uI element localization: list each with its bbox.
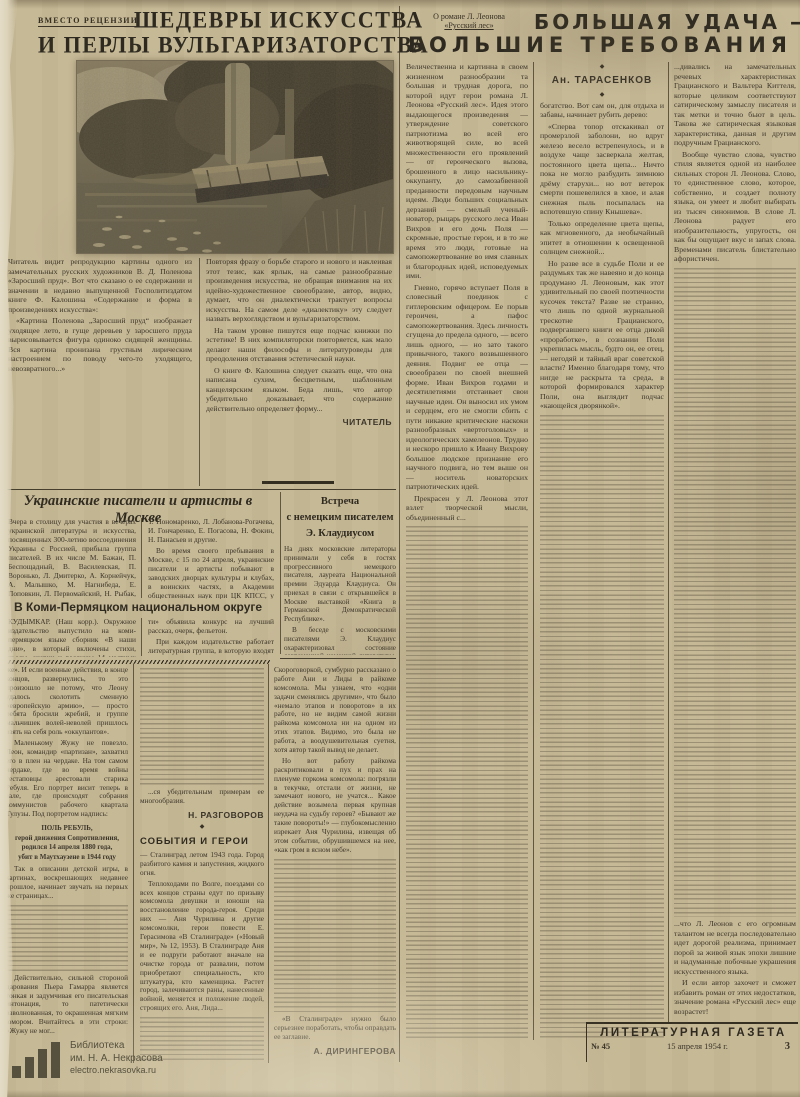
paragraph: Величественна и картинна в своем жизненн… xyxy=(406,62,528,281)
left-article-title-line2: И ПЕРЛЫ ВУЛЬГАРИЗАТОРСТВА xyxy=(38,33,429,58)
meeting-article-body: На днях московские литераторы принимали … xyxy=(284,545,396,655)
diringerova-byline: А. ДИРИНГЕРОВА xyxy=(274,1046,396,1056)
right-article-kicker: О романе Л. Леонова «Русский лес» xyxy=(408,12,530,30)
column-rule xyxy=(141,618,142,656)
column-rule xyxy=(268,664,269,1063)
razgovorov-article-tail: ...ся убедительным примерам ее многообра… xyxy=(140,788,264,806)
paragraph: — Сталинград летом 1943 года. Город разб… xyxy=(140,851,264,878)
illegible-body-text xyxy=(6,905,128,972)
paragraph: Вчера в столицу для участия в вечерах ук… xyxy=(8,517,136,599)
ukrainian-column-2: Т. Пономаренко, Л. Лобанова-Рогачева, И.… xyxy=(148,517,274,599)
library-watermark: Библиотека им. Н. А. Некрасова electro.n… xyxy=(12,1040,163,1078)
paragraph: герой движения Сопротивления, xyxy=(6,834,128,843)
watermark-url: electro.nekrasovka.ru xyxy=(70,1065,163,1076)
review-column-2: богатство. Вот сам он, для отдыха и заба… xyxy=(540,101,664,413)
paragraph: Гневно, горячо вступает Поля в словесный… xyxy=(406,283,528,492)
horizontal-rule xyxy=(0,489,396,490)
paragraph: Повторяя фразу о борьбе старого и нового… xyxy=(206,257,392,324)
left-article-title-line1: ШЕДЕВРЫ ИСКУССТВА xyxy=(134,8,424,33)
right-article-title-line2: БОЛЬШИЕ ТРЕБОВАНИЯ xyxy=(402,33,798,57)
newspaper-page: ВМЕСТО РЕЦЕНЗИИ ШЕДЕВРЫ ИСКУССТВА И ПЕРЛ… xyxy=(0,0,800,1097)
column-rule xyxy=(280,492,281,654)
review-column-3: ...дивались на замечательных речевых хар… xyxy=(674,62,796,266)
column-rule xyxy=(533,62,534,1040)
paragraph: ПОЛЬ РЕБУЛЬ, xyxy=(6,824,128,833)
diamond-ornament-icon: ◆ xyxy=(540,92,664,99)
page-footer-box: ЛИТЕРАТУРНАЯ ГАЗЕТА № 45 15 апреля 1954 … xyxy=(586,1022,798,1062)
left-article-kicker: ВМЕСТО РЕЦЕНЗИИ xyxy=(38,16,138,27)
events-article-ending: «В Сталинграде» нужно было серьезнее пор… xyxy=(274,1015,396,1042)
paragraph: «Сперва топор отскакивал от промерзлой з… xyxy=(540,122,664,217)
paragraph: убит в Маутхаузене в 1944 году xyxy=(6,853,128,862)
paragraph: Но вот работу райкома раскритиковали в п… xyxy=(274,757,396,855)
column-rule xyxy=(141,518,142,598)
ukrainian-column-1: Вчера в столицу для участия в вечерах ук… xyxy=(8,517,136,599)
events-article-title: СОБЫТИЯ И ГЕРОИ xyxy=(140,836,264,848)
razgovorov-byline: Н. РАЗГОВОРОВ xyxy=(140,810,264,820)
paragraph: ...что Л. Леонов с его огромным талантом… xyxy=(674,919,796,976)
illegible-body-text xyxy=(674,268,796,918)
gamarra-paragraph: же». И если военные действия, в конце ко… xyxy=(6,666,128,737)
painting-image xyxy=(77,61,393,253)
right-article-title-line1: БОЛЬШАЯ УДАЧА — xyxy=(534,10,798,34)
column-rule xyxy=(199,258,200,486)
paragraph: Во время своего пребывания в Москве, с 1… xyxy=(148,546,274,599)
left-article-column-2: Повторяя фразу о борьбе старого и нового… xyxy=(206,257,392,415)
komi-column-2: ти» объявила конкурс на лучший рассказ, … xyxy=(148,617,274,657)
illegible-body-text xyxy=(540,415,664,1038)
paragraph: Т. Пономаренко, Л. Лобанова-Рогачева, И.… xyxy=(148,517,274,544)
komi-section-title: В Коми-Пермяцком национальном округе xyxy=(0,600,276,614)
diamond-ornament-icon: ◆ xyxy=(140,824,264,831)
meeting-article-title: Встреча с немецким писателем Э. Клаудиус… xyxy=(284,494,396,541)
paragraph: Вообще чувство слова, чувство стиля явля… xyxy=(674,150,796,264)
paragraph: В беседе с московскими писателями Э. Кла… xyxy=(284,626,396,655)
left-article-signature: ЧИТАТЕЛЬ xyxy=(206,417,392,427)
left-article-column-1: Читатель видит репродукцию картины одног… xyxy=(8,257,192,487)
tarasenkov-byline: Ан. ТАРАСЕНКОВ xyxy=(540,75,664,87)
paragraph: Читатель видит репродукцию картины одног… xyxy=(8,257,192,314)
meeting-title-line1: Встреча xyxy=(284,494,396,510)
page-number: 3 xyxy=(785,1041,796,1052)
illegible-body-text xyxy=(406,526,528,1038)
column-rule xyxy=(668,62,669,1022)
paragraph: Теплоходами по Волге, поездами со всех к… xyxy=(140,880,264,1013)
events-column-1: — Сталинград летом 1943 года. Город разб… xyxy=(140,851,264,1015)
paragraph: богатство. Вот сам он, для отдыха и заба… xyxy=(540,101,664,120)
library-logo-icon xyxy=(12,1042,60,1078)
issue-number: № 45 xyxy=(591,1041,610,1051)
events-column-2: Скороговоркой, сумбурно рассказано о раб… xyxy=(274,666,396,857)
paragraph: ...дивались на замечательных речевых хар… xyxy=(674,62,796,148)
paragraph: При каждом издательстве работает литерат… xyxy=(148,637,274,657)
paragraph: КУДЫМКАР. (Наш корр.). Окружное издатель… xyxy=(8,617,136,657)
paragraph: На таком уровне пишутся еще подчас книжк… xyxy=(206,326,392,364)
section-divider-bar xyxy=(262,481,334,484)
wavy-divider xyxy=(2,660,270,664)
paragraph: И если автор захочет и сможет избавить р… xyxy=(674,978,796,1016)
gamarra-paragraph: Так в описании детской игры, в картинах,… xyxy=(6,865,128,901)
paragraph: Прекрасен у Л. Леонова этот взлет творче… xyxy=(406,494,528,523)
paragraph: На днях московские литераторы принимали … xyxy=(284,545,396,624)
illegible-body-text xyxy=(140,668,264,786)
komi-column-1: КУДЫМКАР. (Наш корр.). Окружное издатель… xyxy=(8,617,136,657)
kicker-line1: О романе Л. Леонова xyxy=(408,12,530,21)
paragraph: «Картина Поленова „Заросший пруд“ изобра… xyxy=(8,316,192,373)
column-rule xyxy=(133,664,134,1063)
review-column-3-ending: ...что Л. Леонов с его огромным талантом… xyxy=(674,919,796,1018)
rebul-memorial-inscription: ПОЛЬ РЕБУЛЬ,герой движения Сопротивления… xyxy=(6,824,128,862)
watermark-line2: им. Н. А. Некрасова xyxy=(70,1053,163,1066)
review-column-1: Величественна и картинна в своем жизненн… xyxy=(406,62,528,524)
meeting-title-line3: Э. Клаудиусом xyxy=(284,526,396,542)
library-watermark-text: Библиотека им. Н. А. Некрасова electro.n… xyxy=(70,1040,163,1078)
paragraph: О книге Ф. Калошина следует сказать еще,… xyxy=(206,366,392,414)
illegible-body-text xyxy=(274,859,396,1013)
issue-date: 15 апреля 1954 г. xyxy=(667,1041,728,1051)
polenov-painting-reproduction xyxy=(76,60,394,254)
watermark-line1: Библиотека xyxy=(70,1040,163,1053)
diamond-ornament-icon: ◆ xyxy=(540,64,664,71)
paragraph: Скороговоркой, сумбурно рассказано о раб… xyxy=(274,666,396,755)
paragraph: Только определение цвета щепы, как мгнов… xyxy=(540,219,664,257)
newspaper-masthead: ЛИТЕРАТУРНАЯ ГАЗЕТА xyxy=(591,1027,796,1039)
center-page-rule xyxy=(399,6,400,1062)
paragraph: Но разве все в судьбе Поли и ее раздумья… xyxy=(540,259,664,411)
meeting-title-line2: с немецким писателем xyxy=(284,510,396,526)
horizontal-rule xyxy=(280,658,396,659)
paragraph: ти» объявила конкурс на лучший рассказ, … xyxy=(148,617,274,635)
gamarra-paragraph: Маленькому Жужу не повезло. Леон, команд… xyxy=(6,739,128,819)
gamarra-paragraph: Действительно, сильной стороной даровани… xyxy=(6,974,128,1036)
kicker-line2: «Русский лес» xyxy=(408,21,530,30)
paragraph: родился 14 апреля 1880 года, xyxy=(6,843,128,852)
